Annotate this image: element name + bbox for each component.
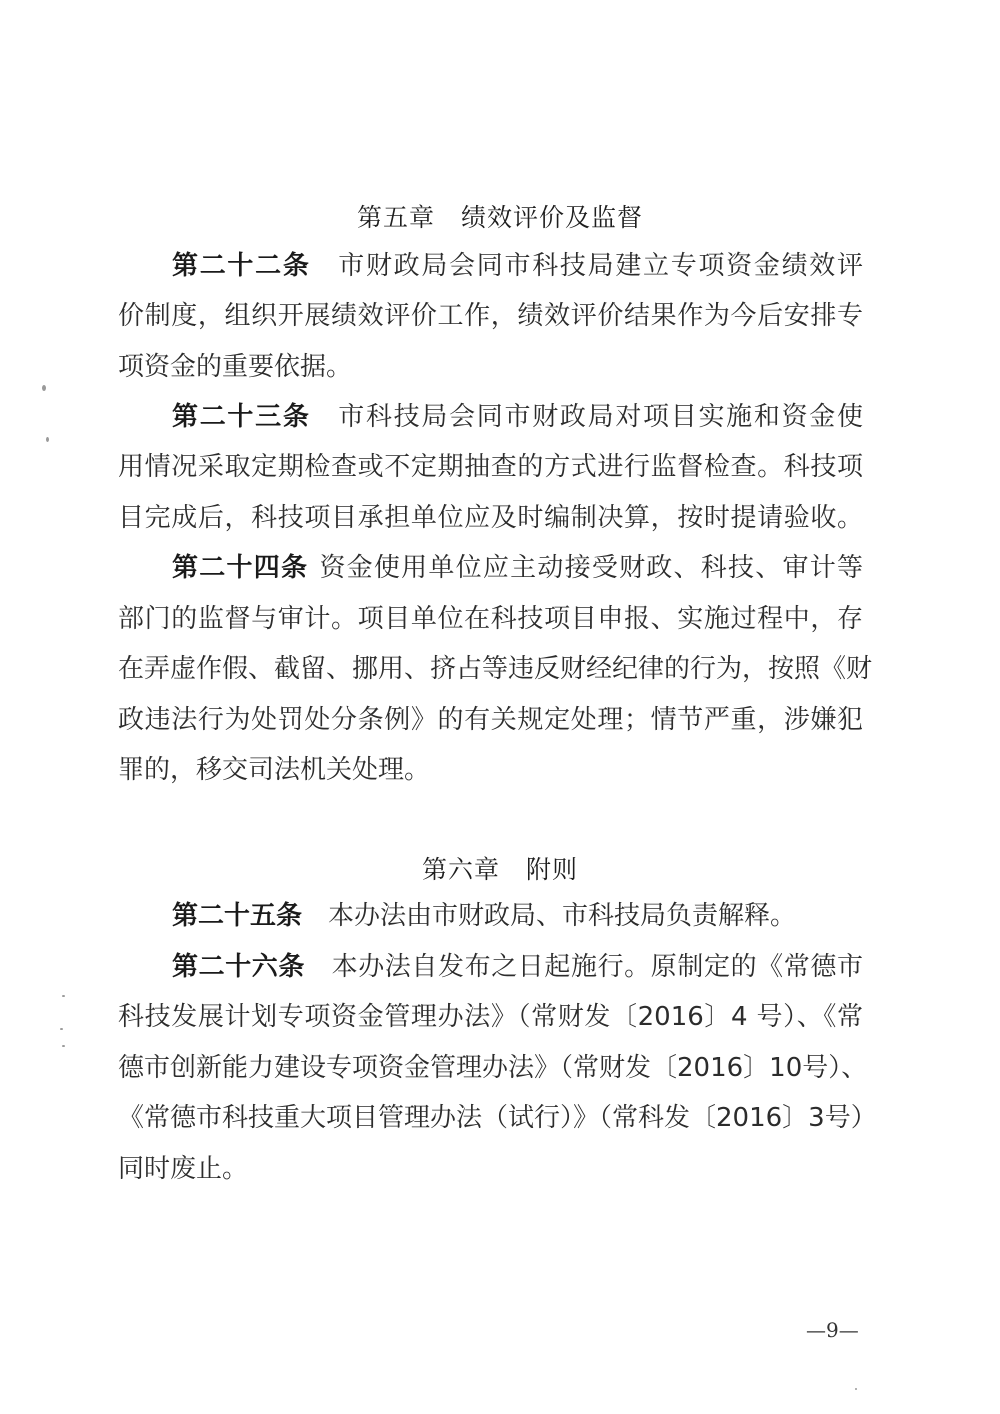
article-24-text-1: 资金使用单位应主动接受财政、科技、审计等 <box>318 553 863 583</box>
scan-speck <box>62 1045 65 1047</box>
article-26-text-1: 本办法自发布之日起施行。原制定的《常德市 <box>331 952 863 982</box>
scan-speck <box>60 1028 63 1030</box>
article-23-number: 第二十三条 <box>172 402 311 432</box>
article-24-line-1: 第二十四条资金使用单位应主动接受财政、科技、审计等 <box>172 551 863 585</box>
article-26-line-3: 德市创新能力建设专项资金管理办法》（常财发〔2016〕10号）、 <box>118 1051 863 1085</box>
article-22-line-3: 项资金的重要依据。 <box>118 350 863 384</box>
article-23-text-1: 市科技局会同市财政局对项目实施和资金使 <box>337 402 863 432</box>
article-26-line-5: 同时废止。 <box>118 1152 863 1186</box>
article-24-line-5: 罪的，移交司法机关处理。 <box>118 753 863 787</box>
chapter-5-title: 第五章 绩效评价及监督 <box>0 198 1000 234</box>
article-26-number: 第二十六条 <box>172 952 305 982</box>
article-24-line-4: 政违法行为处罚处分条例》的有关规定处理；情节严重，涉嫌犯 <box>118 703 863 737</box>
article-25-line-1: 第二十五条本办法由市财政局、市科技局负责解释。 <box>172 899 863 933</box>
article-26-line-2: 科技发展计划专项资金管理办法》（常财发〔2016〕4 号）、《常 <box>118 1000 863 1034</box>
article-26-line-1: 第二十六条本办法自发布之日起施行。原制定的《常德市 <box>172 950 863 984</box>
article-23-line-2: 用情况采取定期检查或不定期抽查的方式进行监督检查。科技项 <box>118 450 863 484</box>
article-24-line-2: 部门的监督与审计。项目单位在科技项目申报、实施过程中，存 <box>118 602 863 636</box>
article-22-number: 第二十二条 <box>172 251 311 281</box>
scan-speck <box>62 995 65 997</box>
scan-speck <box>42 385 46 391</box>
article-22-line-1: 第二十二条市财政局会同市科技局建立专项资金绩效评 <box>172 249 863 283</box>
scan-speck <box>855 1388 857 1390</box>
article-26-line-4: 《常德市科技重大项目管理办法（试行）》（常科发〔2016〕3号） <box>118 1101 863 1135</box>
document-page: 第五章 绩效评价及监督 第二十二条市财政局会同市科技局建立专项资金绩效评 价制度… <box>0 0 1000 1414</box>
article-24-line-3: 在弄虚作假、截留、挪用、挤占等违反财经纪律的行为，按照《财 <box>118 652 863 686</box>
chapter-6-title: 第六章 附则 <box>0 850 1000 886</box>
article-23-line-3: 目完成后，科技项目承担单位应及时编制决算，按时提请验收。 <box>118 501 863 535</box>
article-22-line-2: 价制度，组织开展绩效评价工作，绩效评价结果作为今后安排专 <box>118 299 863 333</box>
article-25-text-1: 本办法由市财政局、市科技局负责解释。 <box>328 901 796 931</box>
article-22-text-1: 市财政局会同市科技局建立专项资金绩效评 <box>337 251 863 281</box>
article-24-number: 第二十四条 <box>172 553 308 583</box>
article-23-line-1: 第二十三条市科技局会同市财政局对项目实施和资金使 <box>172 400 863 434</box>
article-25-number: 第二十五条 <box>172 901 302 931</box>
page-number: —9— <box>806 1318 859 1342</box>
scan-speck <box>46 437 49 442</box>
